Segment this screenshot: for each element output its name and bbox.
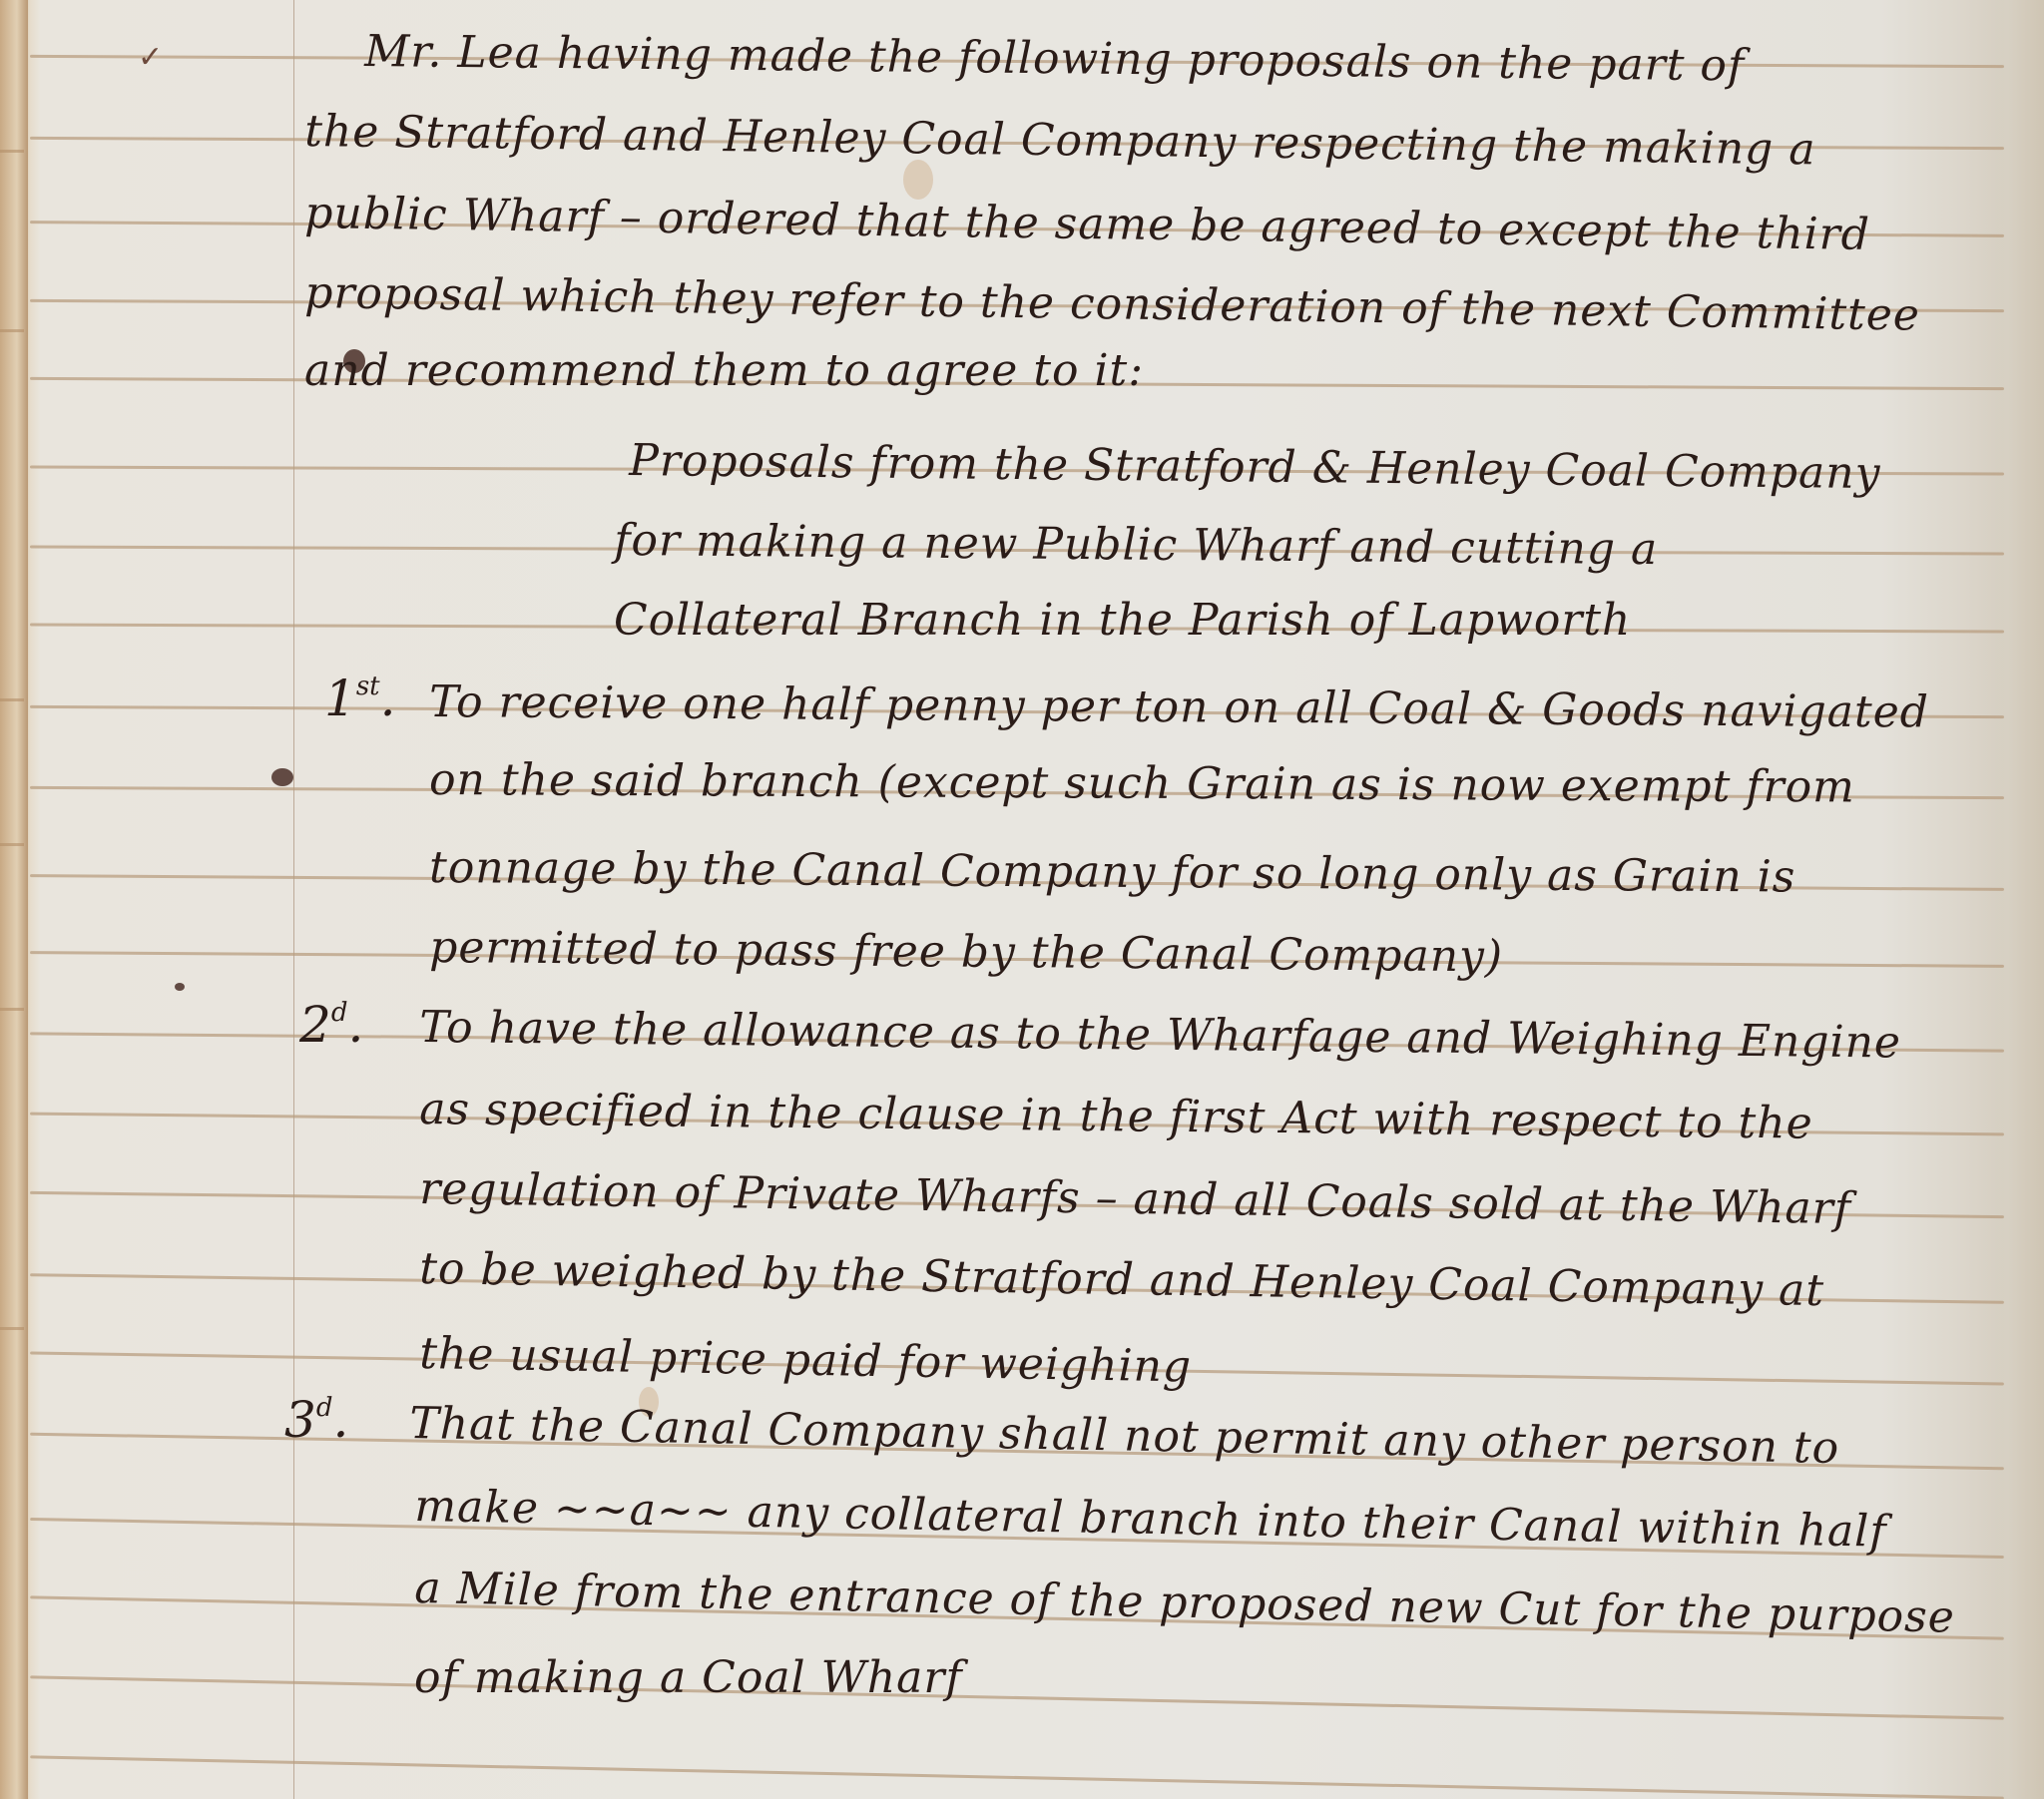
adjacent-page-edge bbox=[0, 0, 28, 1799]
proposal-2-line-3: regulation of Private Wharfs – and all C… bbox=[419, 1167, 1851, 1231]
proposal-1-line-2: on the said branch (except such Grain as… bbox=[429, 758, 1855, 809]
proposal-2-number: 2d. bbox=[299, 1000, 363, 1050]
proposal-3-line-1: That the Canal Company shall not permit … bbox=[409, 1402, 1839, 1471]
proposal-2-line-1: To have the allowance as to the Wharfage… bbox=[419, 1006, 1901, 1066]
page-gutter-shadow bbox=[1984, 0, 2044, 1799]
ruled-line bbox=[30, 1675, 2004, 1719]
edge-rule bbox=[0, 698, 24, 701]
margin-line bbox=[293, 0, 294, 1799]
proposal-1-line-1: To receive one half penny per ton on all… bbox=[429, 680, 1929, 734]
heading-line-1: Proposals from the Stratford & Henley Co… bbox=[629, 439, 1881, 496]
proposal-2-line-4: to be weighed by the Stratford and Henle… bbox=[419, 1247, 1824, 1313]
heading-line-3: Collateral Branch in the Parish of Lapwo… bbox=[614, 599, 1631, 643]
edge-rule bbox=[0, 150, 24, 153]
proposal-3-line-4: of making a Coal Wharf bbox=[414, 1656, 963, 1700]
ruled-line bbox=[30, 1755, 2004, 1799]
proposal-1-line-3: tonnage by the Canal Company for so long… bbox=[429, 846, 1796, 900]
intro-line-3: public Wharf – ordered that the same be … bbox=[304, 192, 1870, 257]
manuscript-page: ✓ Mr. Lea having made the following prop… bbox=[0, 0, 2044, 1799]
edge-rule bbox=[0, 1327, 24, 1330]
edge-rule bbox=[0, 329, 24, 332]
intro-line-4: proposal which they refer to the conside… bbox=[304, 271, 1920, 338]
proposal-1-number: 1st. bbox=[324, 674, 396, 723]
proposal-2-line-2: as specified in the clause in the first … bbox=[419, 1088, 1813, 1146]
heading-line-2: for making a new Public Wharf and cuttin… bbox=[614, 519, 1658, 572]
ink-blot bbox=[271, 768, 293, 786]
edge-rule bbox=[0, 843, 24, 846]
proposal-3-line-3: a Mile from the entrance of the proposed… bbox=[414, 1567, 1955, 1640]
paper-stain bbox=[903, 160, 933, 200]
ink-blot bbox=[175, 983, 185, 991]
proposal-3-number: 3d. bbox=[284, 1395, 348, 1445]
edge-rule bbox=[0, 1008, 24, 1011]
proposal-1-line-4: permitted to pass free by the Canal Comp… bbox=[429, 926, 1503, 979]
proposal-3-line-2: make ~~a~~ any collateral branch into th… bbox=[414, 1485, 1887, 1555]
intro-line-1: Mr. Lea having made the following propos… bbox=[364, 30, 1745, 88]
margin-checkmark-icon: ✓ bbox=[138, 40, 163, 75]
intro-line-2: the Stratford and Henley Coal Company re… bbox=[304, 110, 1816, 172]
proposal-2-line-5: the usual price paid for weighing bbox=[419, 1332, 1192, 1389]
intro-line-5: and recommend them to agree to it: bbox=[304, 349, 1144, 393]
